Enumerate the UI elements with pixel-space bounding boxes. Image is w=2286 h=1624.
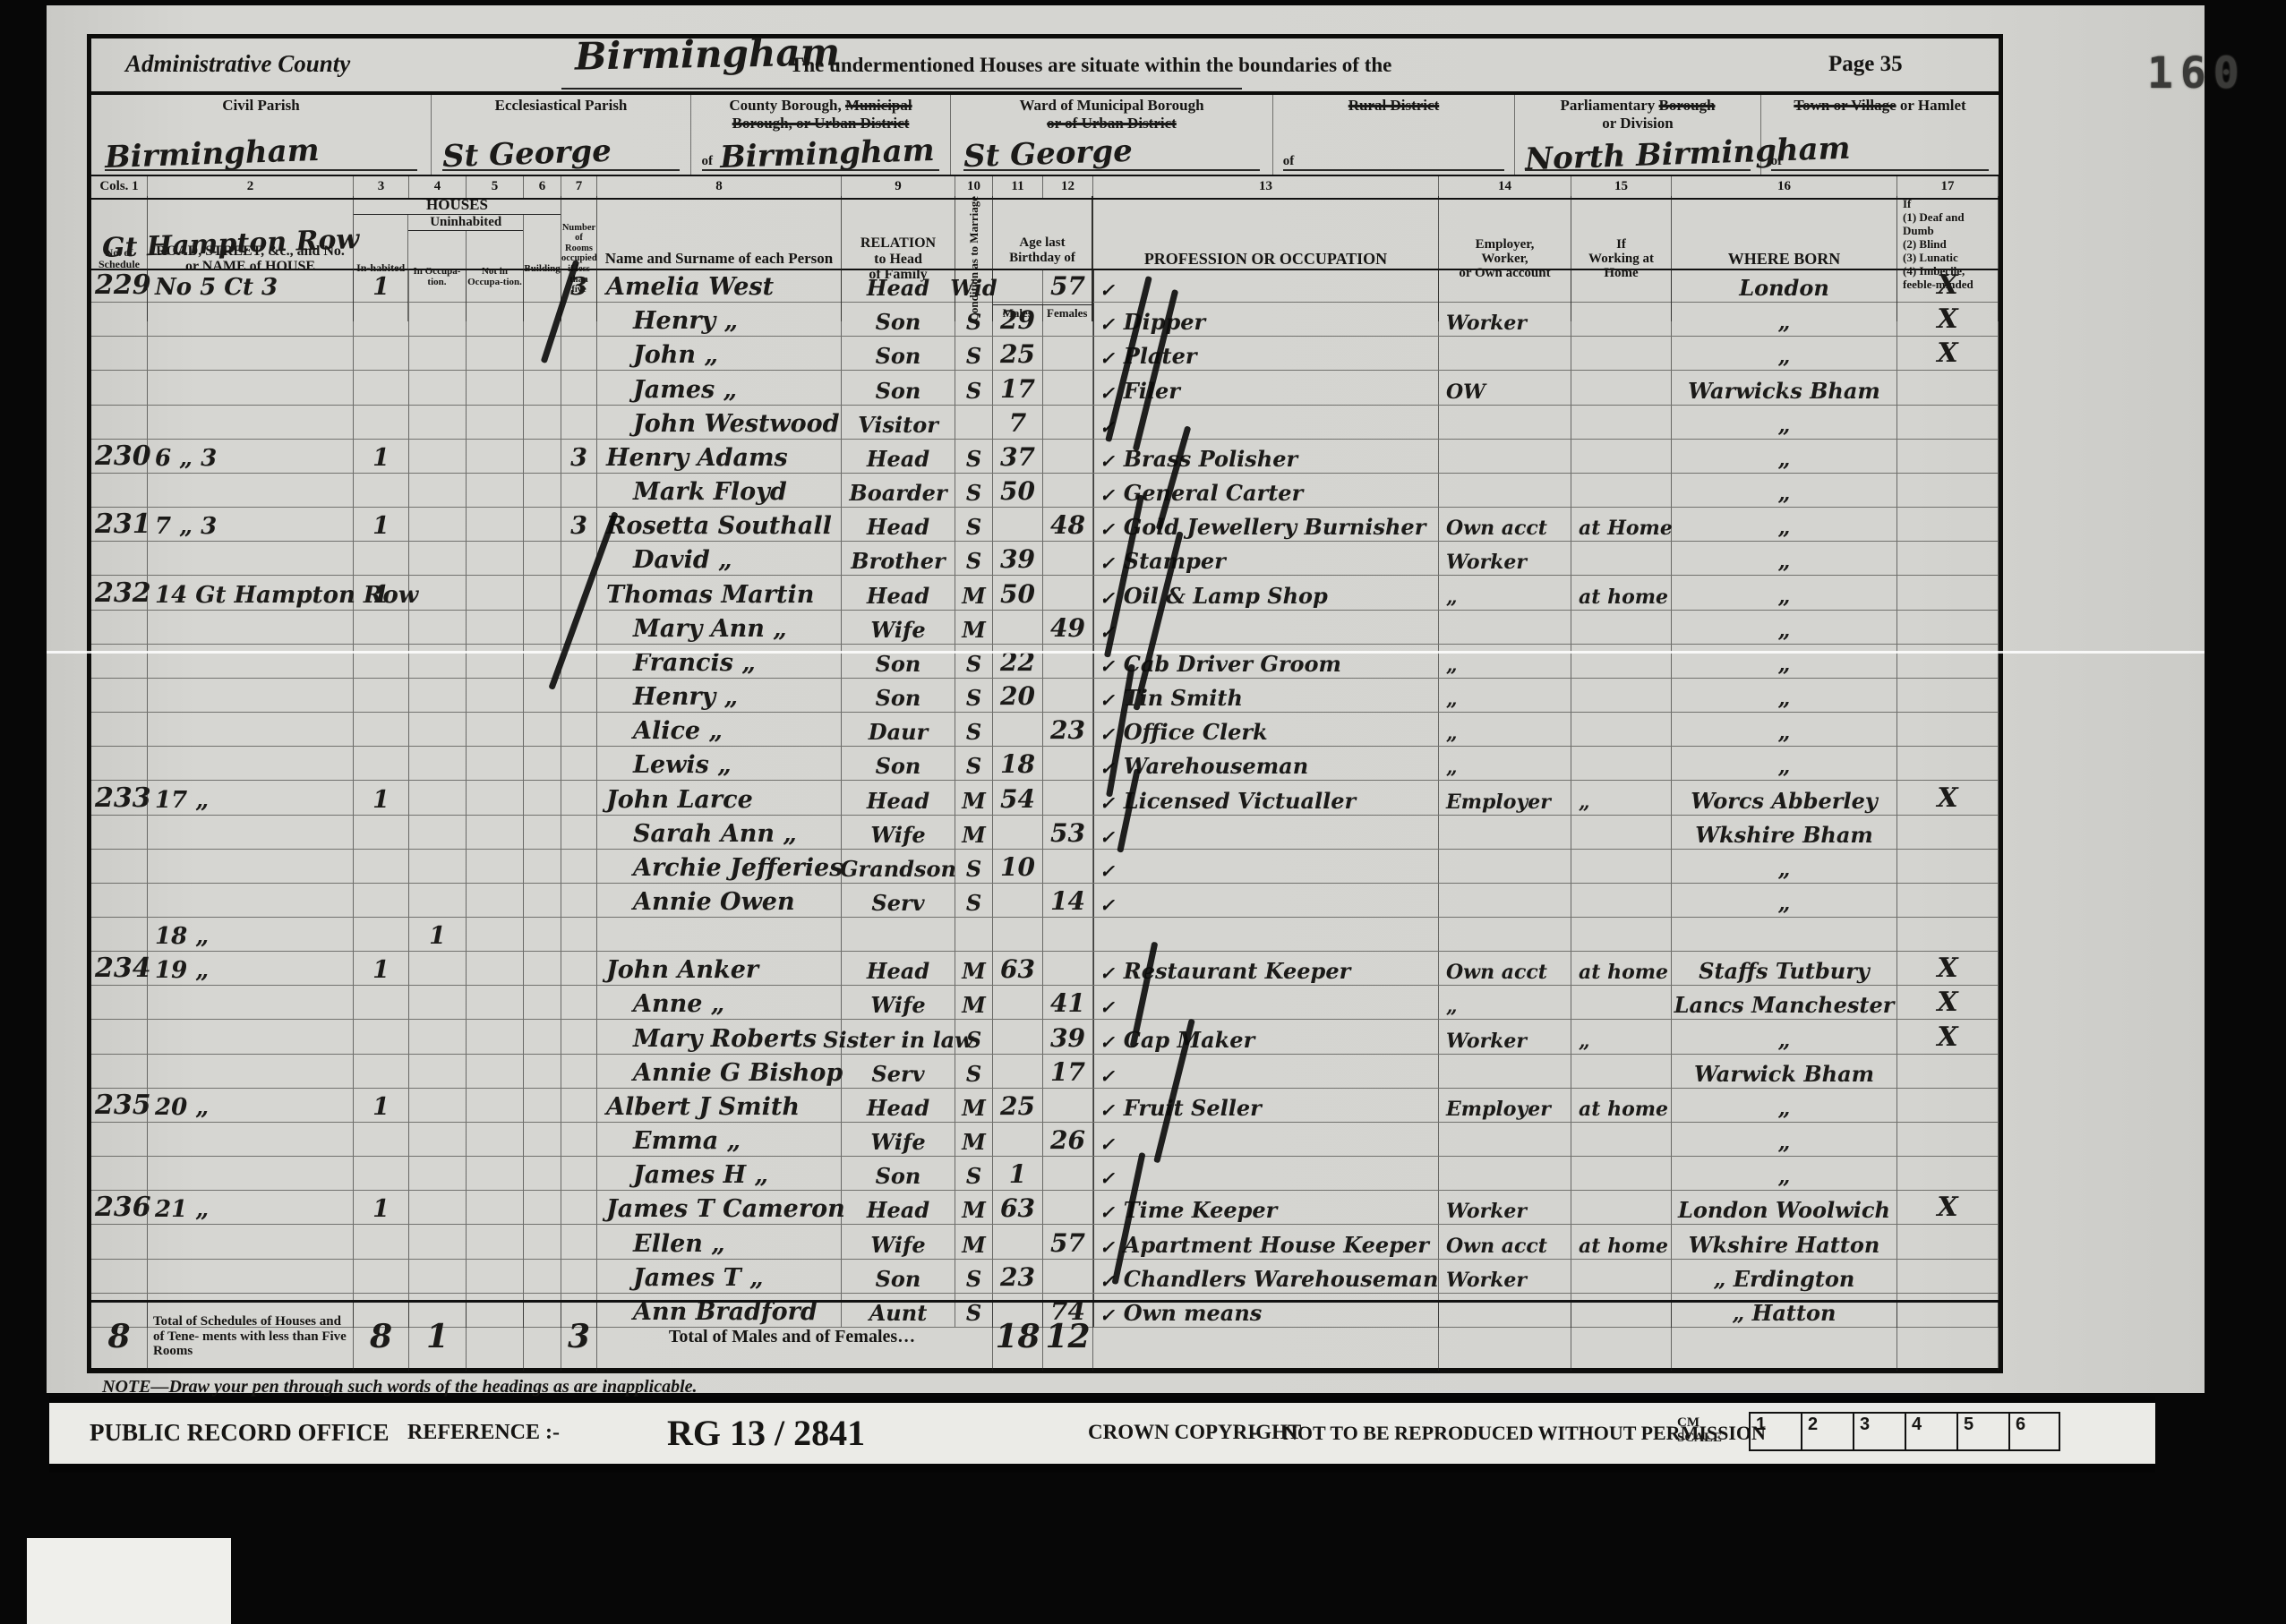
cell-age-female: 39 [1043, 1020, 1093, 1053]
cell-age-male: 37 [993, 440, 1043, 473]
cell-relation: Son [842, 645, 955, 678]
cell-uninhabited-occupied [409, 1157, 467, 1190]
cell-road [148, 679, 354, 712]
cell-road: 7 „ 3 [148, 508, 354, 541]
cell-condition: S [955, 1055, 993, 1088]
cell-infirmity [1897, 440, 1999, 473]
cell-age-female [1043, 576, 1093, 609]
cell-uninhabited-occupied [409, 371, 467, 404]
film-corner-patch [27, 1538, 231, 1624]
cell-building [524, 1157, 561, 1190]
total-inhabited: 8 [354, 1303, 409, 1371]
column-number-3: 3 [354, 176, 409, 198]
cell-name: Mary Roberts [597, 1020, 842, 1053]
cell-road: 19 „ [148, 952, 354, 985]
cell-uninhabited-not [467, 1225, 524, 1258]
cell-working-home [1571, 1055, 1672, 1088]
cell-name: Amelia West [597, 269, 842, 302]
cell-schedule: 230 [91, 440, 148, 473]
cell-road [148, 645, 354, 678]
cell-inhabited [354, 1123, 409, 1156]
cell-where-born: London Woolwich [1672, 1191, 1897, 1224]
cell-infirmity [1897, 1157, 1999, 1190]
cell-occupation: ✓Fruit Seller [1093, 1089, 1439, 1122]
cell-age-female [1043, 645, 1093, 678]
folio-stamp: 160 [2147, 48, 2247, 98]
cell-infirmity [1897, 1225, 1999, 1258]
cell-uninhabited-not [467, 542, 524, 575]
cell-age-male: 10 [993, 850, 1043, 883]
cell-inhabited [354, 1260, 409, 1293]
cell-where-born: „ [1672, 576, 1897, 609]
cell-condition: S [955, 440, 993, 473]
table-row: David „BrotherS39✓StamperWorker„ [91, 542, 1999, 576]
cell-employer [1439, 611, 1571, 644]
cell-employer [1439, 850, 1571, 883]
cell-infirmity [1897, 884, 1999, 917]
cell-road [148, 1225, 354, 1258]
cell-working-home [1571, 645, 1672, 678]
frame-top-line [87, 34, 2003, 38]
cell-age-female [1043, 406, 1093, 439]
cell-schedule [91, 918, 148, 951]
cell-age-female [1043, 303, 1093, 336]
cell-relation: Son [842, 1260, 955, 1293]
cell-rooms: 3 [561, 440, 597, 473]
cell-uninhabited-not [467, 884, 524, 917]
cell-age-male [993, 1020, 1043, 1053]
cell-condition: S [955, 850, 993, 883]
cell-where-born: Wkshire Hatton [1672, 1225, 1897, 1258]
cell-rooms [561, 679, 597, 712]
cell-uninhabited-occupied [409, 406, 467, 439]
cell-schedule [91, 1260, 148, 1293]
ruler-cell: 6 [2008, 1412, 2060, 1451]
district-label: Ecclesiastical Parish [432, 95, 690, 115]
cell-relation: Serv [842, 1055, 955, 1088]
column-number-8: 8 [597, 176, 842, 198]
district-ecclesiastical-parish: Ecclesiastical ParishSt George [432, 95, 691, 175]
cell-where-born: Worcs Abberley [1672, 781, 1897, 814]
cell-inhabited [354, 850, 409, 883]
cell-infirmity [1897, 1055, 1999, 1088]
cell-working-home: „ [1571, 781, 1672, 814]
cell-condition: M [955, 1089, 993, 1122]
total-infirmity-blank [1897, 1303, 1999, 1371]
cell-rooms [561, 1225, 597, 1258]
cell-condition: M [955, 781, 993, 814]
cell-schedule [91, 542, 148, 575]
cell-uninhabited-occupied [409, 542, 467, 575]
cell-working-home: at Home [1571, 508, 1672, 541]
cell-uninhabited-not [467, 337, 524, 370]
cell-name: Anne „ [597, 986, 842, 1019]
cell-employer: „ [1439, 986, 1571, 1019]
cell-occupation: ✓ [1093, 884, 1439, 917]
cell-occupation: ✓ [1093, 611, 1439, 644]
cell-condition: S [955, 371, 993, 404]
cell-where-born: „ [1672, 542, 1897, 575]
cell-inhabited [354, 816, 409, 849]
cell-road: 6 „ 3 [148, 440, 354, 473]
cell-rooms [561, 918, 597, 951]
column-number-2: 2 [148, 176, 354, 198]
cell-infirmity: X [1897, 337, 1999, 370]
cell-age-female [1043, 1089, 1093, 1122]
cell-working-home [1571, 986, 1672, 1019]
cell-inhabited [354, 406, 409, 439]
cell-name: John Anker [597, 952, 842, 985]
cell-occupation: ✓ [1093, 816, 1439, 849]
cell-relation: Visitor [842, 406, 955, 439]
cell-where-born: „ [1672, 679, 1897, 712]
cell-name: Thomas Martin [597, 576, 842, 609]
cm-ruler: 123456 [1749, 1412, 2060, 1451]
cell-inhabited [354, 747, 409, 780]
cell-working-home [1571, 303, 1672, 336]
cell-building [524, 371, 561, 404]
cell-age-female [1043, 337, 1093, 370]
district-value: Birmingham [105, 139, 417, 171]
cell-employer [1439, 816, 1571, 849]
cell-age-male: 50 [993, 576, 1043, 609]
cell-uninhabited-occupied [409, 747, 467, 780]
cell-uninhabited-occupied [409, 713, 467, 746]
cell-age-male: 63 [993, 952, 1043, 985]
cell-where-born: Wkshire Bham [1672, 816, 1897, 849]
cell-building [524, 952, 561, 985]
cell-building [524, 1260, 561, 1293]
cell-working-home [1571, 542, 1672, 575]
cell-age-male [993, 713, 1043, 746]
cell-where-born: Warwick Bham [1672, 1055, 1897, 1088]
cell-inhabited: 1 [354, 269, 409, 302]
cell-age-female [1043, 781, 1093, 814]
cell-age-male: 23 [993, 1260, 1043, 1293]
cell-working-home [1571, 611, 1672, 644]
table-row: Sarah Ann „WifeM53✓Wkshire Bham [91, 816, 1999, 850]
cell-uninhabited-not [467, 474, 524, 507]
cell-building [524, 474, 561, 507]
cell-schedule [91, 474, 148, 507]
cell-occupation: ✓Gold Jewellery Burnisher [1093, 508, 1439, 541]
cell-occupation: ✓Dipper [1093, 303, 1439, 336]
cell-schedule: 233 [91, 781, 148, 814]
cell-inhabited [354, 1055, 409, 1088]
cell-building [524, 816, 561, 849]
cell-road [148, 371, 354, 404]
cell-infirmity [1897, 406, 1999, 439]
cell-working-home [1571, 747, 1672, 780]
cell-road [148, 1157, 354, 1190]
cell-relation: Son [842, 337, 955, 370]
cell-name: Francis „ [597, 645, 842, 678]
cell-condition: S [955, 713, 993, 746]
cell-working-home [1571, 850, 1672, 883]
cell-rooms [561, 1260, 597, 1293]
district-label: County Borough, MunicipalBorough, or Urb… [691, 95, 950, 132]
cell-road: 20 „ [148, 1089, 354, 1122]
table-row: James „SonS17✓FilerOWWarwicks Bham [91, 371, 1999, 405]
cell-rooms [561, 713, 597, 746]
cell-uninhabited-occupied [409, 1089, 467, 1122]
cell-name: John Larce [597, 781, 842, 814]
cell-occupation [1093, 918, 1439, 951]
cell-employer: Worker [1439, 1260, 1571, 1293]
cell-age-male: 18 [993, 747, 1043, 780]
cell-inhabited [354, 1157, 409, 1190]
cell-working-home [1571, 371, 1672, 404]
cell-occupation: ✓Warehouseman [1093, 747, 1439, 780]
cell-road [148, 850, 354, 883]
column-number-11: 11 [993, 176, 1043, 198]
cell-relation: Son [842, 371, 955, 404]
cell-rooms [561, 986, 597, 1019]
cell-uninhabited-occupied: 1 [409, 918, 467, 951]
cell-infirmity [1897, 1123, 1999, 1156]
cell-uninhabited-occupied [409, 576, 467, 609]
total-males: 18 [993, 1303, 1043, 1371]
cell-where-born [1672, 918, 1897, 951]
total-males-females-label: Total of Males and of Females… [597, 1303, 993, 1371]
cell-working-home [1571, 406, 1672, 439]
cell-inhabited [354, 884, 409, 917]
district-label: Parliamentary Boroughor Division [1515, 95, 1760, 132]
cell-schedule [91, 371, 148, 404]
cell-schedule: 235 [91, 1089, 148, 1122]
district-header-band: Civil ParishBirminghamEcclesiastical Par… [91, 95, 1999, 175]
cell-rooms [561, 371, 597, 404]
district-value: St George [442, 139, 681, 171]
cell-where-born: „ [1672, 1020, 1897, 1053]
cell-uninhabited-occupied [409, 952, 467, 985]
cell-relation: Head [842, 576, 955, 609]
cell-age-female: 26 [1043, 1123, 1093, 1156]
cell-uninhabited-not [467, 645, 524, 678]
cell-road [148, 747, 354, 780]
cell-schedule [91, 1123, 148, 1156]
cell-age-male: 20 [993, 679, 1043, 712]
cell-rooms [561, 406, 597, 439]
cell-building [524, 611, 561, 644]
cell-age-male [993, 1123, 1043, 1156]
cell-age-female [1043, 850, 1093, 883]
cell-inhabited [354, 713, 409, 746]
cell-age-female [1043, 542, 1093, 575]
cell-schedule [91, 406, 148, 439]
cell-name: Alice „ [597, 713, 842, 746]
total-rooms: 3 [561, 1303, 597, 1371]
table-row: Mary Ann „WifeM49✓„ [91, 611, 1999, 645]
column-number-7: 7 [561, 176, 597, 198]
cell-road: 21 „ [148, 1191, 354, 1224]
totals-row: 8 Total of Schedules of Houses and of Te… [91, 1300, 1999, 1371]
cell-age-female: 53 [1043, 816, 1093, 849]
cell-name: John Westwood [597, 406, 842, 439]
district-value: St George [963, 139, 1259, 171]
cell-name: Albert J Smith [597, 1089, 842, 1122]
cell-name: Henry „ [597, 303, 842, 336]
cell-name: Annie Owen [597, 884, 842, 917]
cell-road [148, 1260, 354, 1293]
cell-employer [1439, 337, 1571, 370]
cell-schedule [91, 611, 148, 644]
cell-relation: Son [842, 1157, 955, 1190]
cell-inhabited [354, 337, 409, 370]
cell-condition: S [955, 679, 993, 712]
cell-working-home [1571, 1123, 1672, 1156]
page-number: Page 35 [1828, 52, 1903, 77]
cell-employer: „ [1439, 747, 1571, 780]
cell-where-born: „ [1672, 337, 1897, 370]
cell-infirmity [1897, 816, 1999, 849]
cell-age-female [1043, 1191, 1093, 1224]
total-uninhabited-occupied: 1 [409, 1303, 467, 1371]
cell-inhabited: 1 [354, 1089, 409, 1122]
cell-age-male [993, 1055, 1043, 1088]
crown-copyright-label: CROWN COPYRIGHT [1088, 1421, 1301, 1444]
cell-building [524, 1055, 561, 1088]
district-town-village: Town or Village or Hamletof [1761, 95, 1999, 175]
column-number-5: 5 [467, 176, 524, 198]
cell-relation: Son [842, 747, 955, 780]
cell-age-male: 25 [993, 337, 1043, 370]
cell-relation: Wife [842, 986, 955, 1019]
cell-where-born: „ [1672, 1089, 1897, 1122]
cell-working-home [1571, 269, 1672, 302]
cell-occupation: ✓Office Clerk [1093, 713, 1439, 746]
cell-uninhabited-not [467, 1055, 524, 1088]
cell-employer: Own acct [1439, 1225, 1571, 1258]
record-office-label: PUBLIC RECORD OFFICE [90, 1419, 390, 1447]
cell-condition: S [955, 474, 993, 507]
table-row: Henry „SonS29✓DipperWorker„X [91, 303, 1999, 337]
table-row: 23621 „1James T CameronHeadM63✓Time Keep… [91, 1191, 1999, 1225]
cell-uninhabited-occupied [409, 1020, 467, 1053]
cell-schedule [91, 303, 148, 336]
cell-condition: S [955, 884, 993, 917]
total-home-blank [1571, 1303, 1672, 1371]
cell-road: 18 „ [148, 918, 354, 951]
cell-occupation: ✓Apartment House Keeper [1093, 1225, 1439, 1258]
cell-building [524, 713, 561, 746]
cell-uninhabited-not [467, 816, 524, 849]
cell-uninhabited-occupied [409, 269, 467, 302]
cell-rooms [561, 1055, 597, 1088]
cell-uninhabited-occupied [409, 850, 467, 883]
total-born-blank [1672, 1303, 1897, 1371]
cell-age-male: 63 [993, 1191, 1043, 1224]
cell-uninhabited-occupied [409, 1225, 467, 1258]
cell-occupation: ✓ [1093, 1123, 1439, 1156]
column-number-1: Cols. 1 [91, 176, 148, 198]
cell-occupation: ✓Time Keeper [1093, 1191, 1439, 1224]
district-label: Town or Village or Hamlet [1761, 95, 1999, 115]
cell-where-born: „ [1672, 884, 1897, 917]
cell-condition [955, 406, 993, 439]
cell-where-born: „ [1672, 747, 1897, 780]
table-row: Archie JefferiesGrandsonS10✓„ [91, 850, 1999, 884]
cell-age-male [993, 269, 1043, 302]
cell-occupation: ✓Plater [1093, 337, 1439, 370]
cell-where-born: Warwicks Bham [1672, 371, 1897, 404]
cell-road [148, 1123, 354, 1156]
cell-uninhabited-not [467, 508, 524, 541]
cell-rooms [561, 337, 597, 370]
table-row: Mary RobertsSister in lawS39✓Cap MakerWo… [91, 1020, 1999, 1054]
cell-building [524, 986, 561, 1019]
cell-relation: Boarder [842, 474, 955, 507]
frame-right-line [1999, 34, 2003, 1373]
cell-condition: M [955, 1123, 993, 1156]
cell-condition: S [955, 303, 993, 336]
cell-where-born: „ [1672, 645, 1897, 678]
cell-condition: S [955, 1020, 993, 1053]
cell-where-born: „ [1672, 303, 1897, 336]
cell-age-female: 14 [1043, 884, 1093, 917]
table-row: 23419 „1John AnkerHeadM63✓Restaurant Kee… [91, 952, 1999, 986]
column-number-17: 17 [1897, 176, 1999, 198]
table-row: Emma „WifeM26✓„ [91, 1123, 1999, 1157]
cell-inhabited [354, 542, 409, 575]
cell-building [524, 269, 561, 302]
cell-inhabited [354, 611, 409, 644]
cell-name: David „ [597, 542, 842, 575]
column-number-12: 12 [1043, 176, 1093, 198]
cell-infirmity [1897, 850, 1999, 883]
cell-uninhabited-occupied [409, 440, 467, 473]
cell-road [148, 474, 354, 507]
cell-age-female: 23 [1043, 713, 1093, 746]
cell-employer [1439, 1157, 1571, 1190]
cell-uninhabited-occupied [409, 1260, 467, 1293]
column-number-10: 10 [955, 176, 993, 198]
cell-uninhabited-not [467, 406, 524, 439]
cell-road [148, 986, 354, 1019]
cell-occupation: ✓Cap Maker [1093, 1020, 1439, 1053]
cell-infirmity [1897, 713, 1999, 746]
cell-age-female: 17 [1043, 1055, 1093, 1088]
table-row: Francis „SonS22✓Cab Driver Groom„„ [91, 645, 1999, 679]
cell-building [524, 781, 561, 814]
table-row: 2317 „ 313Rosetta SouthallHeadS48✓Gold J… [91, 508, 1999, 542]
table-row: Annie G BishopServS17✓Warwick Bham [91, 1055, 1999, 1089]
cell-uninhabited-occupied [409, 611, 467, 644]
cell-rooms [561, 474, 597, 507]
cell-occupation: ✓Stamper [1093, 542, 1439, 575]
cell-age-male: 39 [993, 542, 1043, 575]
cell-rooms [561, 747, 597, 780]
total-employer-blank [1439, 1303, 1571, 1371]
cell-uninhabited-not [467, 986, 524, 1019]
cell-age-male [993, 884, 1043, 917]
table-row: John „SonS25✓Plater„X [91, 337, 1999, 371]
cell-inhabited: 1 [354, 781, 409, 814]
cell-rooms [561, 1123, 597, 1156]
cell-name: Mark Floyd [597, 474, 842, 507]
cell-infirmity [1897, 508, 1999, 541]
cell-infirmity: X [1897, 986, 1999, 1019]
cell-rooms [561, 1020, 597, 1053]
cell-age-male [993, 611, 1043, 644]
cell-relation: Wife [842, 1225, 955, 1258]
cell-condition: Wid [955, 269, 993, 302]
cell-schedule [91, 816, 148, 849]
cell-where-born: „ [1672, 850, 1897, 883]
cell-age-female [1043, 1260, 1093, 1293]
cell-condition: S [955, 542, 993, 575]
cell-uninhabited-not [467, 1020, 524, 1053]
